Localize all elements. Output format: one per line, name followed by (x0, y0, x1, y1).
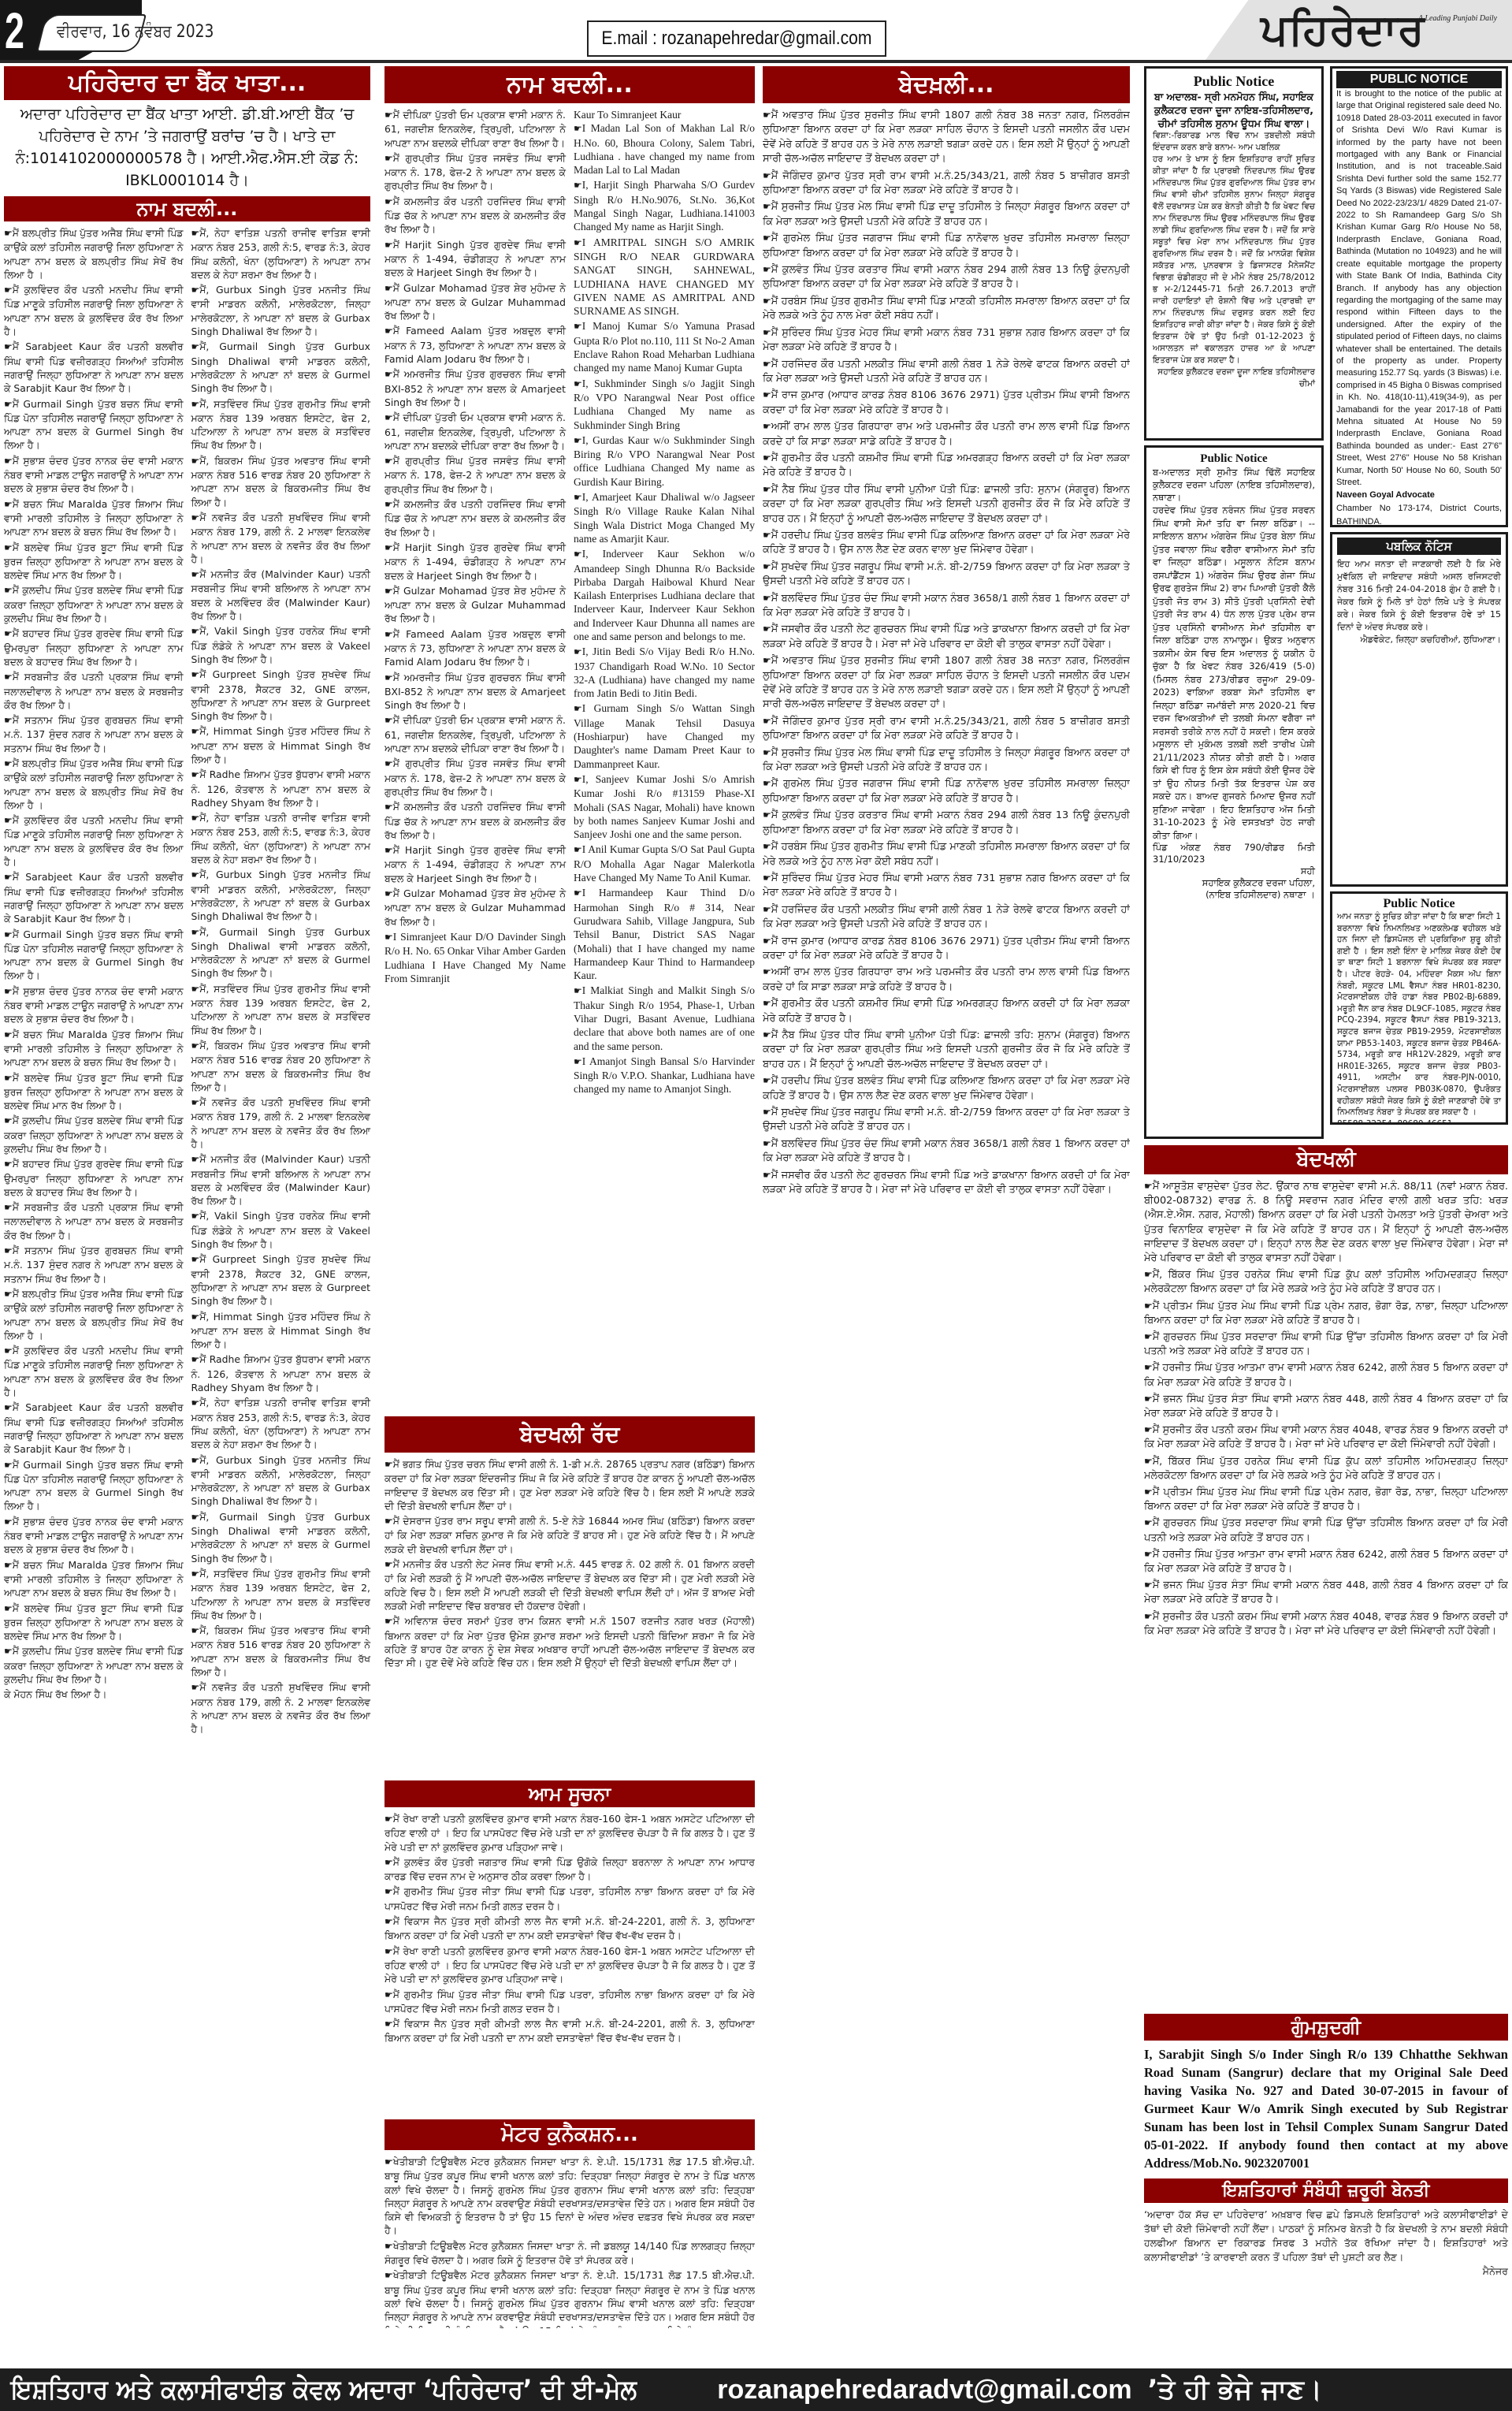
list-item: ਮੈਂ Harjit Singh ਪੁੱਤਰ ਗੁਰਦੇਵ ਸਿੰਘ ਵਾਸੀ … (385, 843, 566, 885)
list-item: ਮੈਂ ਬਹਾਦਰ ਸਿੰਘ ਪੁੱਤਰ ਗੁਰਦੇਵ ਸਿੰਘ ਵਾਸੀ ਪਿ… (4, 627, 184, 668)
list-item: ਮੈਂ, ਸਤਵਿੰਦਰ ਸਿੰਘ ਪੁੱਤਰ ਗੁਰਮੀਤ ਸਿੰਘ ਵਾਸੀ… (191, 982, 371, 1037)
list-item: I, Amarjeet Kaur Dhaliwal w/o Jagseer Si… (574, 490, 755, 545)
list-item: ਮੈਂ Gurmail Singh ਪੁੱਤਰ ਬਚਨ ਸਿੰਘ ਵਾਸੀ ਪਿ… (4, 928, 184, 983)
disown-heading-2: ਬੇਦਖਲੀ (1144, 1145, 1508, 1174)
lost-document-heading: ਗੁੰਮਸ਼ੁਦਗੀ (1144, 2014, 1508, 2041)
column-3: ਬੇਦਖ਼ਲੀ... ਮੈਂ ਅਵਤਾਰ ਸਿੰਘ ਪੁੱਤਰ ਸੁਰਜੀਤ ਸ… (763, 66, 1130, 2331)
list-item: ਮੈਂ ਭਜਨ ਸਿੰਘ ਪੁੱਤਰ ਸੰਤਾ ਸਿੰਘ ਵਾਸੀ ਮਕਾਨ ਨ… (1144, 1578, 1508, 1607)
footer-banner: ਇਸ਼ਤਿਹਾਰ ਅਤੇ ਕਲਾਸੀਫਾਈਡ ਕੇਵਲ ਅਦਾਰਾ ‘ਪਹਿਰੇ… (0, 2368, 1512, 2411)
newspaper-logo: ਪਹਿਰੇਦਾਰ (1261, 5, 1425, 55)
list-item: ਮੈਂ, ਸਤਵਿੰਦਰ ਸਿੰਘ ਪੁੱਤਰ ਗੁਰਮੀਤ ਸਿੰਘ ਵਾਸੀ… (191, 1567, 371, 1622)
public-notice-5: Public Notice ਆਮ ਜਨਤਾ ਨੂੰ ਸੂਚਿਤ ਕੀਤਾ ਜਾਂ… (1330, 891, 1508, 1125)
list-item: ਮੈਂ ਕੁਲਵਿੰਦਰ ਕੌਰ ਪਤਨੀ ਮਨਦੀਪ ਸਿੰਘ ਵਾਸੀ ਪਿ… (4, 1344, 184, 1399)
list-item: ਮੈਂ, Gurmail Singh ਪੁੱਤਰ Gurbux Singh Dh… (191, 1510, 371, 1565)
list-item: ਮੈਂ Gurpreet Singh ਪੁੱਤਰ ਸੁਖਦੇਵ ਸਿੰਘ ਵਾਸ… (191, 668, 371, 723)
list-item: ਮੈਂ ਗੁਰਮੀਤ ਕੌਰ ਪਤਨੀ ਕਸ਼ਮੀਰ ਸਿੰਘ ਵਾਸੀ ਪਿੰ… (763, 996, 1130, 1026)
notice-body: ਹਰਦੇਵ ਸਿੰਘ ਪੁੱਤਰ ਨਰੰਜਨ ਸਿੰਘ ਪੁੱਤਰ ਸਰਵਨ ਸ… (1153, 504, 1315, 842)
list-item: ਮੈਂ ਗੁਰਪ੍ਰੀਤ ਸਿੰਘ ਪੁੱਤਰ ਜਸਵੰਤ ਸਿੰਘ ਵਾਸੀ … (385, 151, 566, 193)
list-item: I, Sanjeev Kumar Joshi S/o Amrish Kumar … (574, 772, 755, 841)
list-item: ਮੈਂ ਅਮਰਜੀਤ ਸਿੰਘ ਪੁੱਤਰ ਗੁਰਚਰਨ ਸਿੰਘ ਵਾਸੀ B… (385, 367, 566, 409)
list-item: ਮੈਂ ਵਿਕਾਸ ਜੈਨ ਪੁੱਤਰ ਸ੍ਰੀ ਕੀਮਤੀ ਲਾਲ ਜੈਨ ਵ… (385, 1914, 755, 1943)
list-item: ਮੈਂ Radhe ਸ਼ਿਆਮ ਪੁੱਤਰ ਬੁੱਧਰਾਮ ਵਾਸੀ ਮਕਾਨ … (191, 768, 371, 809)
list-item: ਮੈਂ ਜੋਗਿੰਦਰ ਕੁਮਾਰ ਪੁੱਤਰ ਸ੍ਰੀ ਰਾਮ ਵਾਸੀ ਮ.… (763, 169, 1130, 199)
column-1: ਪਹਿਰੇਦਾਰ ਦਾ ਬੈਂਕ ਖਾਤਾ... ਅਦਾਰਾ ਪਹਿਰੇਦਾਰ … (4, 66, 370, 1737)
list-item: ਮੈਂ, ਸਤਵਿੰਦਰ ਸਿੰਘ ਪੁੱਤਰ ਗੁਰਮੀਤ ਸਿੰਘ ਵਾਸੀ… (191, 397, 371, 452)
list-item: ਮੈਂ ਨਵਜੋਤ ਕੌਰ ਪਤਨੀ ਸੁਖਵਿੰਦਰ ਸਿੰਘ ਵਾਸੀ ਮਕ… (191, 1096, 371, 1151)
list-item: ਮੈਂ, ਬਿਕਰਮ ਸਿੰਘ ਪੁੱਤਰ ਅਵਤਾਰ ਸਿੰਘ ਵਾਸੀ ਮਕ… (191, 454, 371, 509)
list-item: ਮੈਂ ਹਰਦੀਪ ਸਿੰਘ ਪੁੱਤਰ ਬਲਵੰਤ ਸਿੰਘ ਵਾਸੀ ਪਿੰ… (763, 1073, 1130, 1103)
lost-document-text: I, Sarabjit Singh S/o Inder Singh R/o 13… (1144, 2045, 1508, 2172)
list-item: ਮੈਂ Sarabjeet Kaur ਕੌਰ ਪਤਨੀ ਬਲਵੀਰ ਸਿੰਘ ਵ… (4, 340, 184, 395)
list-item: I Gurnam Singh S/o Wattan Singh Village … (574, 701, 755, 770)
list-item: ਮੈਂ ਗੁਰਪ੍ਰੀਤ ਸਿੰਘ ਪੁੱਤਰ ਜਸਵੰਤ ਸਿੰਘ ਵਾਸੀ … (385, 757, 566, 798)
list-item: ਮੈਂ Sarabjeet Kaur ਕੌਰ ਪਤਨੀ ਬਲਵੀਰ ਸਿੰਘ ਵ… (4, 870, 184, 925)
list-item: ਮੈਂ ਗੁਰਚਰਨ ਸਿੰਘ ਪੁੱਤਰ ਸਰਦਾਰਾ ਸਿੰਘ ਵਾਸੀ ਪ… (1144, 1516, 1508, 1545)
list-item: ਮੈਂ ਹਰਜਿੰਦਰ ਕੌਰ ਪਤਨੀ ਮਲਕੀਤ ਸਿੰਘ ਵਾਸੀ ਗਲੀ… (763, 357, 1130, 387)
list-item-tail: ਕੇ ਮੋਹਨ ਸਿੰਘ ਰੱਖ ਲਿਆ ਹੈ। (4, 1687, 184, 1701)
notice-title: ਪਬਲਿਕ ਨੋਟਿਸ (1337, 538, 1501, 555)
list-item: ਮੈਂ ਸੁਰਜੀਤ ਸਿੰਘ ਪੁੱਤਰ ਮੇਲ ਸਿੰਘ ਵਾਸੀ ਪਿੰਡ… (763, 746, 1130, 776)
list-item: ਮੈਂ ਕੁਲਵੰਤ ਸਿੰਘ ਪੁੱਤਰ ਕਰਤਾਰ ਸਿੰਘ ਵਾਸੀ ਮਕ… (763, 808, 1130, 838)
list-item: ਮੈਂ, Gurbux Singh ਪੁੱਤਰ ਮਨਜੀਤ ਸਿੰਘ ਵਾਸੀ … (191, 1453, 371, 1509)
list-item: ਮੈਂ, ਨੇਹਾ ਵਾਤਿਸ਼ ਪਤਨੀ ਰਾਜੀਵ ਵਾਤਿਸ਼ ਵਾਸੀ … (191, 811, 371, 866)
list-item: ਮੈਂ ਕੁਲਵਿੰਦਰ ਕੌਰ ਪਤਨੀ ਮਨਦੀਪ ਸਿੰਘ ਵਾਸੀ ਪਿ… (4, 813, 184, 869)
list-item: I Anil Kumar Gupta S/O Sat Paul Gupta R/… (574, 843, 755, 884)
email-box: E.mail : rozanapehredar@gmail.com (587, 20, 886, 57)
notice-signature: ਐਡਵੋਕੇਟ, ਜ਼ਿਲ੍ਹਾ ਕਚਹਿਰੀਆਂ, ਲੁਧਿਆਣਾ। (1337, 634, 1501, 646)
list-item: ਮੈਂ ਗੁਰਪ੍ਰੀਤ ਸਿੰਘ ਪੁੱਤਰ ਜਸਵੰਤ ਸਿੰਘ ਵਾਸੀ … (385, 454, 566, 496)
list-item: ਖੇਤੀਬਾੜੀ ਟਿਊਬਵੈਲ ਮੋਟਰ ਕੁਨੈਕਸ਼ਨ ਜਿਸਦਾ ਖਾਤ… (385, 2155, 755, 2238)
list-item: ਮੈਂ ਸਰਬਜੀਤ ਕੌਰ ਪਤਨੀ ਪ੍ਰਕਾਸ਼ ਸਿੰਘ ਵਾਸੀ ਜਲ… (4, 1200, 184, 1242)
list-item: ਮੈਂ ਸੁਭਾਸ਼ ਚੰਦਰ ਪੁੱਤਰ ਨਾਨਕ ਚੰਦ ਵਾਸੀ ਮਕਾਨ… (4, 984, 184, 1026)
list-item: ਮੈਂ, Himmat Singh ਪੁੱਤਰ ਮਹਿੰਦਰ ਸਿੰਘ ਨੇ ਆ… (191, 1310, 371, 1352)
list-item: ਮੈਂ ਜਸਵੀਰ ਕੌਰ ਪਤਨੀ ਲੇਟ ਗੁਰਚਰਨ ਸਿੰਘ ਵਾਸੀ … (763, 1168, 1130, 1198)
list-item: ਮੈਂ ਪ੍ਰੀਤਮ ਸਿੰਘ ਪੁੱਤਰ ਮੇਘ ਸਿੰਘ ਵਾਸੀ ਪਿੰਡ… (1144, 1485, 1508, 1514)
name-change-heading-2: ਨਾਮ ਬਦਲੀ... (385, 66, 755, 103)
footer-text: ਇਸ਼ਤਿਹਾਰ ਅਤੇ ਕਲਾਸੀਫਾਈਡ ਕੇਵਲ ਅਦਾਰਾ ‘ਪਹਿਰੇ… (11, 2374, 637, 2405)
list-item: I Harmandeep Kaur Thind D/o Harmohan Sin… (574, 886, 755, 982)
list-item: ਮੈਂ ਸਤਨਾਮ ਸਿੰਘ ਪੁੱਤਰ ਗੁਰਬਚਨ ਸਿੰਘ ਵਾਸੀ ਮ.… (4, 1244, 184, 1285)
bank-account-heading: ਪਹਿਰੇਦਾਰ ਦਾ ਬੈਂਕ ਖਾਤਾ... (4, 66, 370, 100)
list-item: ਮੈਂ ਹਰਬੰਸ ਸਿੰਘ ਪੁੱਤਰ ਗੁਰਮੀਤ ਸਿੰਘ ਵਾਸੀ ਪਿ… (763, 839, 1130, 869)
list-item: ਮੈਂ, ਬਿਕਰਮ ਸਿੰਘ ਪੁੱਤਰ ਅਵਤਾਰ ਸਿੰਘ ਵਾਸੀ ਮਕ… (191, 1624, 371, 1679)
list-item: I Malkiat Singh and Malkit Singh S/o Tha… (574, 984, 755, 1052)
notice-body: ਆਮ ਜਨਤਾ ਨੂੰ ਸੂਚਿਤ ਕੀਤਾ ਜਾਂਦਾ ਹੈ ਕਿ ਥਾਣਾ … (1337, 911, 1501, 1118)
list-item: ਮੈਂ ਦੇਸਰਾਜ ਪੁੱਤਰ ਰਾਮ ਸਰੂਪ ਵਾਸੀ ਗਲੀ ਨੰ. 5… (385, 1514, 755, 1556)
list-item: ਮੈਂ ਨਵਜੋਤ ਕੌਰ ਪਤਨੀ ਸੁਖਵਿੰਦਰ ਸਿੰਘ ਵਾਸੀ ਮਕ… (191, 1680, 371, 1736)
name-change-right: ਮੈਂ, ਨੇਹਾ ਵਾਤਿਸ਼ ਪਤਨੀ ਰਾਜੀਵ ਵਾਤਿਸ਼ ਵਾਸੀ … (191, 226, 371, 1737)
list-item: ਮੈਂ Gurmail Singh ਪੁੱਤਰ ਬਚਨ ਸਿੰਘ ਵਾਸੀ ਪਿ… (4, 1458, 184, 1513)
column-4: Public Notice ਬਾ ਅਦਾਲਬ- ਸ੍ਰੀ ਮਨਮੋਹਨ ਸਿੰਘ… (1144, 66, 1508, 2278)
list-item: ਮੈਂ ਗੁਰਮੀਤ ਸਿੰਘ ਪੁੱਤਰ ਜੀਤਾ ਸਿੰਘ ਵਾਸੀ ਪਿੰ… (385, 1885, 755, 1913)
list-item: ਮੈਂ ਰੇਖਾ ਰਾਣੀ ਪਤਨੀ ਕੁਲਵਿੰਦਰ ਕੁਮਾਰ ਵਾਸੀ ਮ… (385, 1812, 755, 1854)
list-item: ਮੈਂ ਸੁਭਾਸ਼ ਚੰਦਰ ਪੁੱਤਰ ਨਾਨਕ ਚੰਦ ਵਾਸੀ ਮਕਾਨ… (4, 1515, 184, 1557)
notice-subject: ਵਿਸ਼ਾ:-ਰਿਕਾਰਡ ਮਾਲ ਵਿੱਚ ਨਾਮ ਤਬਦੀਲੀ ਸਬੰਧੀ … (1153, 130, 1315, 154)
advocate-address: Chamber No 173-174, District Courts, BAT… (1336, 502, 1502, 527)
list-item: ਮੈਂ, Vakil Singh ਪੁੱਤਰ ਹਰਨੇਕ ਸਿੰਘ ਵਾਸੀ ਪ… (191, 1209, 371, 1251)
disown-list-2: ਮੈਂ ਆਸ਼ੂਤੋਸ਼ ਵਾਸੁਦੇਵਾ ਪੁੱਤਰ ਲੇਟ. ਉਂਕਾਰ ਨ… (1144, 1179, 1508, 2011)
list-item: ਮੈਂ ਬਲਪ੍ਰੀਤ ਸਿੰਘ ਪੁੱਤਰ ਅਜੈਬ ਸਿੰਘ ਵਾਸੀ ਪਿ… (4, 226, 184, 281)
list-item: ਮੈਂ ਗੁਰਮੇਲ ਸਿੰਘ ਪੁੱਤਰ ਜਗਰਾਜ ਸਿੰਘ ਵਾਸੀ ਪਿ… (763, 776, 1130, 806)
notices-left: Public Notice ਬਾ ਅਦਾਲਬ- ਸ੍ਰੀ ਮਨਮੋਹਨ ਸਿੰਘ… (1144, 66, 1324, 1139)
list-item: ਮੈਂ ਨੈਬ ਸਿੰਘ ਪੁੱਤਰ ਧੀਰ ਸਿੰਘ ਵਾਸੀ ਪੁਨੀਆ ਪ… (763, 1028, 1130, 1072)
list-item: ਮੈਂ ਕਮਲਜੀਤ ਕੌਰ ਪਤਨੀ ਹਰਜਿੰਦਰ ਸਿੰਘ ਵਾਸੀ ਪਿ… (385, 195, 566, 236)
notices-top-row: Public Notice ਬਾ ਅਦਾਲਬ- ਸ੍ਰੀ ਮਨਮੋਹਨ ਸਿੰਘ… (1144, 66, 1508, 1139)
ad-request-heading: ਇਸ਼ਤਿਹਾਰਾਂ ਸੰਬੰਧੀ ਜ਼ਰੂਰੀ ਬੇਨਤੀ (1144, 2178, 1508, 2203)
disown-list: ਮੈਂ ਅਵਤਾਰ ਸਿੰਘ ਪੁੱਤਰ ਸੁਰਜੀਤ ਸਿੰਘ ਵਾਸੀ 18… (763, 108, 1130, 2331)
list-item: ਮੈਂ ਗੁਰਚਰਨ ਸਿੰਘ ਪੁੱਤਰ ਸਰਦਾਰਾ ਸਿੰਘ ਵਾਸੀ ਪ… (1144, 1330, 1508, 1359)
list-item: ਮੈਂ ਸੁਰਜੀਤ ਕੌਰ ਪਤਨੀ ਕਰਮ ਸਿੰਘ ਵਾਸੀ ਮਕਾਨ ਨ… (1144, 1609, 1508, 1639)
list-item: ਮੈਂ ਸੁਰਜੀਤ ਸਿੰਘ ਪੁੱਤਰ ਮੇਲ ਸਿੰਘ ਵਾਸੀ ਪਿੰਡ… (763, 199, 1130, 229)
list-item: ਮੈਂ ਕੁਲਵਿੰਦਰ ਕੌਰ ਪਤਨੀ ਮਨਦੀਪ ਸਿੰਘ ਵਾਸੀ ਪਿ… (4, 283, 184, 338)
list-item: I Manoj Kumar S/o Yamuna Prasad Gupta R/… (574, 319, 755, 374)
name-change-list-2: ਮੈਂ ਦੀਪਿਕਾ ਪੁੱਤਰੀ ਓਮ ਪ੍ਰਕਾਸ਼ ਵਾਸੀ ਮਕਾਨ ਨ… (385, 108, 755, 1361)
list-item: ਮੈਂ ਰਾਜ ਕੁਮਾਰ (ਆਧਾਰ ਕਾਰਡ ਨੰਬਰ 8106 3676 … (763, 388, 1130, 418)
general-notice-heading: ਆਮ ਸੂਚਨਾ (385, 1780, 755, 1807)
notice-sign-3: (ਨਾਇਬ ਤਹਿਸੀਲਦਾਰ) ਨਥਾਣਾ । (1153, 889, 1315, 901)
ad-request-text: ‘ਅਦਾਰਾ ਹੱਕ ਸੱਚ ਦਾ ਪਹਿਰੇਦਾਰ’ ਅਖ਼ਬਾਰ ਵਿਚ ਛ… (1144, 2208, 1508, 2264)
list-item: ਮੈਂ ਕਮਲਜੀਤ ਕੌਰ ਪਤਨੀ ਹਰਜਿੰਦਰ ਸਿੰਘ ਵਾਸੀ ਪਿ… (385, 497, 566, 539)
name-change-left: ਮੈਂ ਬਲਪ੍ਰੀਤ ਸਿੰਘ ਪੁੱਤਰ ਅਜੈਬ ਸਿੰਘ ਵਾਸੀ ਪਿ… (4, 226, 184, 1737)
list-item: ਮੈਂ ਬਹਾਦਰ ਸਿੰਘ ਪੁੱਤਰ ਗੁਰਦੇਵ ਸਿੰਘ ਵਾਸੀ ਪਿ… (4, 1157, 184, 1199)
list-item: ਮੈਂ ਸਰਬਜੀਤ ਕੌਰ ਪਤਨੀ ਪ੍ਰਕਾਸ਼ ਸਿੰਘ ਵਾਸੀ ਜਲ… (4, 670, 184, 712)
list-item: ਮੈਂ ਭਗਤ ਸਿੰਘ ਪੁੱਤਰ ਚਰਨ ਸਿੰਘ ਵਾਸੀ ਗਲੀ ਨੰ.… (385, 1457, 755, 1512)
list-item: Kaur To Simranjeet Kaur (574, 108, 755, 121)
list-item: ਮੈਂ, Himmat Singh ਪੁੱਤਰ ਮਹਿੰਦਰ ਸਿੰਘ ਨੇ ਆ… (191, 724, 371, 766)
column-2: ਨਾਮ ਬਦਲੀ... ਮੈਂ ਦੀਪਿਕਾ ਪੁੱਤਰੀ ਓਮ ਪ੍ਰਕਾਸ਼… (385, 66, 755, 2328)
notice-reference: ਪਿੰਡ ਅੰਕਣ ਨੰਬਰ 790/ਰੀਡਰ ਮਿਤੀ 31/10/2023 (1153, 842, 1315, 865)
list-item: ਮੈਂ ਭਜਨ ਸਿੰਘ ਪੁੱਤਰ ਸੰਤਾ ਸਿੰਘ ਵਾਸੀ ਮਕਾਨ ਨ… (1144, 1392, 1508, 1421)
list-item: ਮੈਂ ਅਮਰਜੀਤ ਸਿੰਘ ਪੁੱਤਰ ਗੁਰਚਰਨ ਸਿੰਘ ਵਾਸੀ B… (385, 671, 566, 713)
list-item: ਮੈਂ ਬਚਨ ਸਿੰਘ Maralda ਪੁੱਤਰ ਸ਼ਿਆਮ ਸਿੰਘ ਵਾ… (4, 1558, 184, 1600)
list-item: ਮੈਂ Gulzar Mohamad ਪੁੱਤਰ ਸ਼ੇਰ ਮੁਹੰਮਦ ਨੇ … (385, 584, 566, 626)
footer-email[interactable]: rozanapehredaradvt@gmail.com (717, 2375, 1131, 2405)
list-item: ਮੈਂ ਸਤਨਾਮ ਸਿੰਘ ਪੁੱਤਰ ਗੁਰਬਚਨ ਸਿੰਘ ਵਾਸੀ ਮ.… (4, 713, 184, 755)
notice-title: Public Notice (1153, 73, 1315, 90)
list-item: ਮੈਂ, ਬਿੱਕਰ ਸਿੰਘ ਪੁੱਤਰ ਹਰਨੇਕ ਸਿੰਘ ਵਾਸੀ ਪਿ… (1144, 1454, 1508, 1483)
list-item: ਮੈਂ Gulzar Mohamad ਪੁੱਤਰ ਸ਼ੇਰ ਮੁਹੰਮਦ ਨੇ … (385, 281, 566, 323)
list-item: ਮੈਂ ਗੁਰਮੇਲ ਸਿੰਘ ਪੁੱਤਰ ਜਗਰਾਜ ਸਿੰਘ ਵਾਸੀ ਪਿ… (763, 231, 1130, 261)
notice-heading: ਬ-ਅਦਾਲਤ ਸ੍ਰੀ ਸੁਮੀਤ ਸਿੰਘ ਢਿੱਲੋਂ ਸਹਾਇਕ ਕੁਲ… (1153, 466, 1315, 504)
notice-sign-2: ਸਹਾਇਕ ਕੁਲੈਕਟਰ ਦਰਜਾ ਪਹਿਲਾ, (1153, 877, 1315, 889)
list-item: ਮੈਂ ਬਲਪ੍ਰੀਤ ਸਿੰਘ ਪੁੱਤਰ ਅਜੈਬ ਸਿੰਘ ਵਾਸੀ ਪਿ… (4, 757, 184, 812)
list-item: ਮੈਂ ਸੁਰਿੰਦਰ ਸਿੰਘ ਪੁੱਤਰ ਮੇਹਰ ਸਿੰਘ ਵਾਸੀ ਮਕ… (763, 326, 1130, 355)
public-notice-3: Public Notice ਬ-ਅਦਾਲਤ ਸ੍ਰੀ ਸੁਮੀਤ ਸਿੰਘ ਢਿ… (1144, 445, 1324, 1139)
list-item: ਮੈਂ ਬਲਪ੍ਰੀਤ ਸਿੰਘ ਪੁੱਤਰ ਅਜੈਬ ਸਿੰਘ ਵਾਸੀ ਪਿ… (4, 1287, 184, 1342)
list-item: ਮੈਂ ਹਰਜੀਤ ਸਿੰਘ ਪੁੱਤਰ ਆਤਮਾ ਰਾਮ ਵਾਸੀ ਮਕਾਨ … (1144, 1360, 1508, 1390)
disown-cancel-list: ਮੈਂ ਭਗਤ ਸਿੰਘ ਪੁੱਤਰ ਚਰਨ ਸਿੰਘ ਵਾਸੀ ਗਲੀ ਨੰ.… (385, 1457, 755, 1780)
list-item: ਮੈਂ, ਨੇਹਾ ਵਾਤਿਸ਼ ਪਤਨੀ ਰਾਜੀਵ ਵਾਤਿਸ਼ ਵਾਸੀ … (191, 1396, 371, 1451)
contact-email[interactable]: E.mail : rozanapehredar@gmail.com (601, 28, 871, 50)
public-notice-2: PUBLIC NOTICE It is brought to the notic… (1330, 66, 1508, 527)
masthead: 2 ਵੀਰਵਾਰ, 16 ਨਵੰਬਰ 2023 E.mail : rozanap… (0, 0, 1512, 61)
list-item: ਮੈਂ ਸੁਭਾਸ਼ ਚੰਦਰ ਪੁੱਤਰ ਨਾਨਕ ਚੰਦ ਵਾਸੀ ਮਕਾਨ… (4, 454, 184, 496)
list-item: ਮੈਂ ਬਲਵਿੰਦਰ ਸਿੰਘ ਪੁੱਤਰ ਚੰਦ ਸਿੰਘ ਵਾਸੀ ਮਕਾ… (763, 591, 1130, 621)
list-item: ਮੈਂ ਹਰਜਿੰਦਰ ਕੌਰ ਪਤਨੀ ਮਲਕੀਤ ਸਿੰਘ ਵਾਸੀ ਗਲੀ… (763, 902, 1130, 932)
list-item: ਮੈਂ ਮਨਜੀਤ ਕੌਰ (Malvinder Kaur) ਪਤਨੀ ਸਰਬਜ… (191, 1152, 371, 1207)
list-item: ਖੇਤੀਬਾੜੀ ਟਿਊਬਵੈਲ ਮੋਟਰ ਕੁਨੈਕਸ਼ਨ ਜਿਸਦਾ ਖਾਤ… (385, 2239, 755, 2268)
list-item: ਮੈਂ, Gurbux Singh ਪੁੱਤਰ ਮਨਜੀਤ ਸਿੰਘ ਵਾਸੀ … (191, 868, 371, 923)
list-item: ਮੈਂ Sarabjeet Kaur ਕੌਰ ਪਤਨੀ ਬਲਵੀਰ ਸਿੰਘ ਵ… (4, 1401, 184, 1456)
list-item: ਮੈਂ Gurpreet Singh ਪੁੱਤਰ ਸੁਖਦੇਵ ਸਿੰਘ ਵਾਸ… (191, 1252, 371, 1308)
notice-title: Public Notice (1337, 897, 1501, 911)
list-item: ਮੈਂ Gurmail Singh ਪੁੱਤਰ ਬਚਨ ਸਿੰਘ ਵਾਸੀ ਪਿ… (4, 397, 184, 452)
name-change-right-2: Kaur To Simranjeet Kaur I Madan Lal Son … (574, 108, 755, 1361)
notice-heading: ਬਾ ਅਦਾਲਬ- ਸ੍ਰੀ ਮਨਮੋਹਨ ਸਿੰਘ, ਸਹਾਇਕ ਕੁਲੈਕਟ… (1153, 90, 1315, 130)
list-item: ਮੈਂ, Gurmail Singh ਪੁੱਤਰ Gurbux Singh Dh… (191, 340, 371, 395)
list-item: ਮੈਂ ਨੈਬ ਸਿੰਘ ਪੁੱਤਰ ਧੀਰ ਸਿੰਘ ਵਾਸੀ ਪੁਨੀਆ ਪ… (763, 482, 1130, 526)
list-item: ਮੈਂ Harjit Singh ਪੁੱਤਰ ਗੁਰਦੇਵ ਸਿੰਘ ਵਾਸੀ … (385, 541, 566, 582)
disown-heading: ਬੇਦਖ਼ਲੀ... (763, 66, 1130, 103)
general-notice-list: ਮੈਂ ਰੇਖਾ ਰਾਣੀ ਪਤਨੀ ਕੁਲਵਿੰਦਰ ਕੁਮਾਰ ਵਾਸੀ ਮ… (385, 1812, 755, 2119)
list-item: ਮੈਂ ਅਵਿਨਾਸ਼ ਚੰਦਰ ਸਰਮਾਂ ਪੁੱਤਰ ਰਾਮ ਕਿਸ਼ਨ ਵ… (385, 1614, 755, 1669)
notice-signature: ਸਹਾਇਕ ਕੁਲੈਕਟਰ ਦਰਜਾ ਦੂਜਾ ਨਾਇਬ ਤਹਿਸੀਲਦਾਰ ਚ… (1153, 366, 1315, 390)
list-item: I Amanjot Singh Bansal S/o Harvinder Sin… (574, 1055, 755, 1096)
list-item: ਮੈਂ ਕੁਲਦੀਪ ਸਿੰਘ ਪੁੱਤਰ ਬਲਦੇਵ ਸਿੰਘ ਵਾਸੀ ਪਿ… (4, 1114, 184, 1155)
notices-right: PUBLIC NOTICE It is brought to the notic… (1330, 66, 1508, 1139)
list-item: ਅਸੀਂ ਰਾਮ ਲਾਲ ਪੁੱਤਰ ਗਿਰਧਾਰਾ ਰਾਮ ਅਤੇ ਪਰਮਜੀ… (763, 419, 1130, 449)
list-item: ਮੈਂ ਹਰਬੰਸ ਸਿੰਘ ਪੁੱਤਰ ਗੁਰਮੀਤ ਸਿੰਘ ਵਾਸੀ ਪਿ… (763, 294, 1130, 324)
list-item: ਅਸੀਂ ਰਾਮ ਲਾਲ ਪੁੱਤਰ ਗਿਰਧਾਰਾ ਰਾਮ ਅਤੇ ਪਰਮਜੀ… (763, 965, 1130, 995)
list-item: ਮੈਂ ਸੁਰਿੰਦਰ ਸਿੰਘ ਪੁੱਤਰ ਮੇਹਰ ਸਿੰਘ ਵਾਸੀ ਮਕ… (763, 871, 1130, 901)
list-item: ਮੈਂ ਬਲਦੇਵ ਸਿੰਘ ਪੁੱਤਰ ਬੂਟਾ ਸਿੰਘ ਵਾਸੀ ਪਿੰਡ… (4, 1071, 184, 1113)
list-item: ਮੈਂ ਕੁਲਵੰਤ ਕੌਰ ਪੁੱਤਰੀ ਜਗਤਾਰ ਸਿੰਘ ਵਾਸੀ ਪਿ… (385, 1855, 755, 1884)
list-item: ਮੈਂ ਕੁਲਦੀਪ ਸਿੰਘ ਪੁੱਤਰ ਬਲਦੇਵ ਸਿੰਘ ਵਾਸੀ ਪਿ… (4, 1644, 184, 1686)
motor-connection-list: ਖੇਤੀਬਾੜੀ ਟਿਊਬਵੈਲ ਮੋਟਰ ਕੁਨੈਕਸ਼ਨ ਜਿਸਦਾ ਖਾਤ… (385, 2155, 755, 2328)
list-item: ਮੈਂ Gulzar Mohamad ਪੁੱਤਰ ਸ਼ੇਰ ਮੁਹੰਮਦ ਨੇ … (385, 887, 566, 928)
list-item: ਮੈਂ ਕੁਲਵੰਤ ਸਿੰਘ ਪੁੱਤਰ ਕਰਤਾਰ ਸਿੰਘ ਵਾਸੀ ਮਕ… (763, 262, 1130, 292)
list-item: ਮੈਂ ਸੁਖਦੇਵ ਸਿੰਘ ਪੁੱਤਰ ਜਗਰੂਪ ਸਿੰਘ ਵਾਸੀ ਮ.… (763, 560, 1130, 590)
list-item: ਖੇਤੀਬਾੜੀ ਟਿਊਬਵੈਲ ਮੋਟਰ ਕੁਨੈਕਸ਼ਨ ਜਿਸਦਾ ਖਾਤ… (385, 2268, 755, 2328)
list-item: I, Inderveer Kaur Sekhon w/o Amandeep Si… (574, 547, 755, 643)
list-item: ਮੈਂ, Vakil Singh ਪੁੱਤਰ ਹਰਨੇਕ ਸਿੰਘ ਵਾਸੀ ਪ… (191, 624, 371, 666)
list-item: ਮੈਂ Fameed Aalam ਪੁੱਤਰ ਅਬਦੁਲ ਵਾਸੀ ਮਕਾਨ ਨ… (385, 324, 566, 366)
list-item: ਮੈਂ ਬਲਦੇਵ ਸਿੰਘ ਪੁੱਤਰ ਬੂਟਾ ਸਿੰਘ ਵਾਸੀ ਪਿੰਡ… (4, 541, 184, 582)
list-item: ਮੈਂ ਕਮਲਜੀਤ ਕੌਰ ਪਤਨੀ ਹਰਜਿੰਦਰ ਸਿੰਘ ਵਾਸੀ ਪਿ… (385, 800, 566, 842)
list-item: ਮੈਂ ਦੀਪਿਕਾ ਪੁੱਤਰੀ ਓਮ ਪ੍ਰਕਾਸ਼ ਵਾਸੀ ਮਕਾਨ ਨ… (385, 713, 566, 755)
list-item: ਮੈਂ ਬਚਨ ਸਿੰਘ Maralda ਪੁੱਤਰ ਸ਼ਿਆਮ ਸਿੰਘ ਵਾ… (4, 497, 184, 539)
list-item: ਮੈਂ ਅਵਤਾਰ ਸਿੰਘ ਪੁੱਤਰ ਸੁਰਜੀਤ ਸਿੰਘ ਵਾਸੀ 18… (763, 108, 1130, 167)
contact-phones: 85588-32254, 89680-46651 (1337, 1118, 1501, 1125)
list-item: ਮੈਂ ਸੁਖਦੇਵ ਸਿੰਘ ਪੁੱਤਰ ਜਗਰੂਪ ਸਿੰਘ ਵਾਸੀ ਮ.… (763, 1105, 1130, 1135)
masthead-rule (0, 60, 1512, 63)
list-item: ਮੈਂ ਦੀਪਿਕਾ ਪੁੱਤਰੀ ਓਮ ਪ੍ਰਕਾਸ਼ ਵਾਸੀ ਮਕਾਨ ਨ… (385, 108, 566, 150)
motor-connection-heading: ਮੋਟਰ ਕੁਨੈਕਸ਼ਨ... (385, 2119, 755, 2150)
list-item: I, Harjit Singh Pharwaha S/O Gurdev Sing… (574, 178, 755, 233)
list-item: ਮੈਂ, Gurbux Singh ਪੁੱਤਰ ਮਨਜੀਤ ਸਿੰਘ ਵਾਸੀ … (191, 283, 371, 338)
list-item: ਮੈਂ ਗੁਰਮੀਤ ਕੌਰ ਪਤਨੀ ਕਸ਼ਮੀਰ ਸਿੰਘ ਵਾਸੀ ਪਿੰ… (763, 451, 1130, 481)
public-notice-1: Public Notice ਬਾ ਅਦਾਲਬ- ਸ੍ਰੀ ਮਨਮੋਹਨ ਸਿੰਘ… (1144, 66, 1324, 441)
list-item: ਮੈਂ ਪ੍ਰੀਤਮ ਸਿੰਘ ਪੁੱਤਰ ਮੇਘ ਸਿੰਘ ਵਾਸੀ ਪਿੰਡ… (1144, 1299, 1508, 1328)
list-item: ਮੈਂ, ਬਿਕਰਮ ਸਿੰਘ ਪੁੱਤਰ ਅਵਤਾਰ ਸਿੰਘ ਵਾਸੀ ਮਕ… (191, 1039, 371, 1094)
advocate-name: Naveen Goyal Advocate (1336, 489, 1502, 502)
list-item: ਮੈਂ ਵਿਕਾਸ ਜੈਨ ਪੁੱਤਰ ਸ੍ਰੀ ਕੀਮਤੀ ਲਾਲ ਜੈਨ ਵ… (385, 2017, 755, 2045)
list-item: I Simranjeet Kaur D/O Davinder Singh R/o… (385, 930, 566, 985)
list-item: ਮੈਂ ਕੁਲਦੀਪ ਸਿੰਘ ਪੁੱਤਰ ਬਲਦੇਵ ਸਿੰਘ ਵਾਸੀ ਪਿ… (4, 583, 184, 625)
list-item: ਮੈਂ ਜਸਵੀਰ ਕੌਰ ਪਤਨੀ ਲੇਟ ਗੁਰਚਰਨ ਸਿੰਘ ਵਾਸੀ … (763, 622, 1130, 652)
list-item: ਮੈਂ Fameed Aalam ਪੁੱਤਰ ਅਬਦੁਲ ਵਾਸੀ ਮਕਾਨ ਨ… (385, 627, 566, 669)
list-item: ਮੈਂ, ਬਿੱਕਰ ਸਿੰਘ ਪੁੱਤਰ ਹਰਨੇਕ ਸਿੰਘ ਵਾਸੀ ਪਿ… (1144, 1267, 1508, 1297)
notice-title: Public Notice (1153, 452, 1315, 466)
notice-title: PUBLIC NOTICE (1336, 71, 1502, 88)
list-item: ਮੈਂ ਰੇਖਾ ਰਾਣੀ ਪਤਨੀ ਕੁਲਵਿੰਦਰ ਕੁਮਾਰ ਵਾਸੀ ਮ… (385, 1944, 755, 1986)
list-item: ਮੈਂ ਬਚਨ ਸਿੰਘ Maralda ਪੁੱਤਰ ਸ਼ਿਆਮ ਸਿੰਘ ਵਾ… (4, 1028, 184, 1070)
list-item: ਮੈਂ, Gurmail Singh ਪੁੱਤਰ Gurbux Singh Dh… (191, 925, 371, 980)
list-item: I, Sukhminder Singh s/o Jagjit Singh R/o… (574, 377, 755, 432)
notice-body: ਹਰ ਆਮ ਤੇ ਖਾਸ ਨੂੰ ਇਸ ਇਸ਼ਤਿਹਾਰ ਰਾਹੀਂ ਸੂਚਿਤ… (1153, 154, 1315, 366)
issue-date: ਵੀਰਵਾਰ, 16 ਨਵੰਬਰ 2023 (57, 22, 214, 42)
ad-request-sign: ਮੈਨੇਜਰ (1144, 2264, 1508, 2278)
list-item: ਮੈਂ ਨਵਜੋਤ ਕੌਰ ਪਤਨੀ ਸੁਖਵਿੰਦਰ ਸਿੰਘ ਵਾਸੀ ਮਕ… (191, 511, 371, 566)
public-notice-4: ਪਬਲਿਕ ਨੋਟਿਸ ਇਹ ਆਮ ਜਨਤਾ ਦੀ ਜਾਣਕਾਰੀ ਲਈ ਹੈ … (1330, 532, 1508, 887)
list-item: I, Gurdas Kaur w/o Sukhminder Singh Biri… (574, 433, 755, 489)
name-change-heading: ਨਾਮ ਬਦਲੀ... (4, 196, 370, 221)
bank-account-text: ਅਦਾਰਾ ਪਹਿਰੇਦਾਰ ਦਾ ਬੈਂਕ ਖਾਤਾ ਆਈ. ਡੀ.ਬੀ.ਆਈ… (4, 100, 370, 195)
list-item: I, Jitin Bedi S/o Vijay Bedi R/o H.No. 1… (574, 645, 755, 700)
list-item: ਮੈਂ, ਨੇਹਾ ਵਾਤਿਸ਼ ਪਤਨੀ ਰਾਜੀਵ ਵਾਤਿਸ਼ ਵਾਸੀ … (191, 226, 371, 281)
list-item: ਮੈਂ ਮਨਜੀਤ ਕੌਰ ਪਤਨੀ ਲੇਟ ਮੇਜਰ ਸਿੰਘ ਵਾਸੀ ਮ.… (385, 1557, 755, 1613)
list-item: ਮੈਂ ਜੋਗਿੰਦਰ ਕੁਮਾਰ ਪੁੱਤਰ ਸ੍ਰੀ ਰਾਮ ਵਾਸੀ ਮ.… (763, 714, 1130, 744)
list-item: I Madan Lal Son of Makhan Lal R/o H.No. … (574, 121, 755, 177)
list-item: ਮੈਂ ਦੀਪਿਕਾ ਪੁੱਤਰੀ ਓਮ ਪ੍ਰਕਾਸ਼ ਵਾਸੀ ਮਕਾਨ ਨ… (385, 411, 566, 452)
list-item: ਮੈਂ ਅਵਤਾਰ ਸਿੰਘ ਪੁੱਤਰ ਸੁਰਜੀਤ ਸਿੰਘ ਵਾਸੀ 18… (763, 653, 1130, 713)
footer-suffix: ’ਤੇ ਹੀ ਭੇਜੇ ਜਾਣ। (1148, 2374, 1322, 2405)
list-item: ਮੈਂ ਮਨਜੀਤ ਕੌਰ (Malvinder Kaur) ਪਤਨੀ ਸਰਬਜ… (191, 567, 371, 623)
list-item: ਮੈਂ ਸੁਰਜੀਤ ਕੌਰ ਪਤਨੀ ਕਰਮ ਸਿੰਘ ਵਾਸੀ ਮਕਾਨ ਨ… (1144, 1423, 1508, 1452)
name-change-list: ਮੈਂ ਬਲਪ੍ਰੀਤ ਸਿੰਘ ਪੁੱਤਰ ਅਜੈਬ ਸਿੰਘ ਵਾਸੀ ਪਿ… (4, 226, 370, 1737)
name-change-left-2: ਮੈਂ ਦੀਪਿਕਾ ਪੁੱਤਰੀ ਓਮ ਪ੍ਰਕਾਸ਼ ਵਾਸੀ ਮਕਾਨ ਨ… (385, 108, 566, 1361)
list-item: ਮੈਂ ਬਲਦੇਵ ਸਿੰਘ ਪੁੱਤਰ ਬੂਟਾ ਸਿੰਘ ਵਾਸੀ ਪਿੰਡ… (4, 1602, 184, 1643)
notice-sign-1: ਸਹੀ (1153, 865, 1315, 877)
list-item: ਮੈਂ Radhe ਸ਼ਿਆਮ ਪੁੱਤਰ ਬੁੱਧਰਾਮ ਵਾਸੀ ਮਕਾਨ … (191, 1352, 371, 1394)
disown-cancel-heading: ਬੇਦਖਲੀ ਰੱਦ (385, 1416, 755, 1453)
page-number: 2 (5, 2, 24, 60)
list-item: ਮੈਂ ਰਾਜ ਕੁਮਾਰ (ਆਧਾਰ ਕਾਰਡ ਨੰਬਰ 8106 3676 … (763, 934, 1130, 964)
notice-body: ਇਹ ਆਮ ਜਨਤਾ ਦੀ ਜਾਣਕਾਰੀ ਲਈ ਹੈ ਕਿ ਮੇਰੇ ਮੁਵੱ… (1337, 558, 1501, 634)
list-item: ਮੈਂ ਹਰਦੀਪ ਸਿੰਘ ਪੁੱਤਰ ਬਲਵੰਤ ਸਿੰਘ ਵਾਸੀ ਪਿੰ… (763, 528, 1130, 558)
notice-body: It is brought to the notice of the publi… (1336, 88, 1502, 489)
list-item: ਮੈਂ ਆਸ਼ੂਤੋਸ਼ ਵਾਸੁਦੇਵਾ ਪੁੱਤਰ ਲੇਟ. ਉਂਕਾਰ ਨ… (1144, 1179, 1508, 1266)
list-item: I AMRITPAL SINGH S/O AMRIK SINGH R/O NEA… (574, 236, 755, 318)
list-item: ਮੈਂ ਹਰਜੀਤ ਸਿੰਘ ਪੁੱਤਰ ਆਤਮਾ ਰਾਮ ਵਾਸੀ ਮਕਾਨ … (1144, 1547, 1508, 1576)
list-item: ਮੈਂ Harjit Singh ਪੁੱਤਰ ਗੁਰਦੇਵ ਸਿੰਘ ਵਾਸੀ … (385, 238, 566, 280)
list-item: ਮੈਂ ਬਲਵਿੰਦਰ ਸਿੰਘ ਪੁੱਤਰ ਚੰਦ ਸਿੰਘ ਵਾਸੀ ਮਕਾ… (763, 1137, 1130, 1166)
logo-tagline: A Leading Punjabi Daily (1418, 14, 1497, 23)
list-item: ਮੈਂ ਗੁਰਮੀਤ ਸਿੰਘ ਪੁੱਤਰ ਜੀਤਾ ਸਿੰਘ ਵਾਸੀ ਪਿੰ… (385, 1988, 755, 2016)
